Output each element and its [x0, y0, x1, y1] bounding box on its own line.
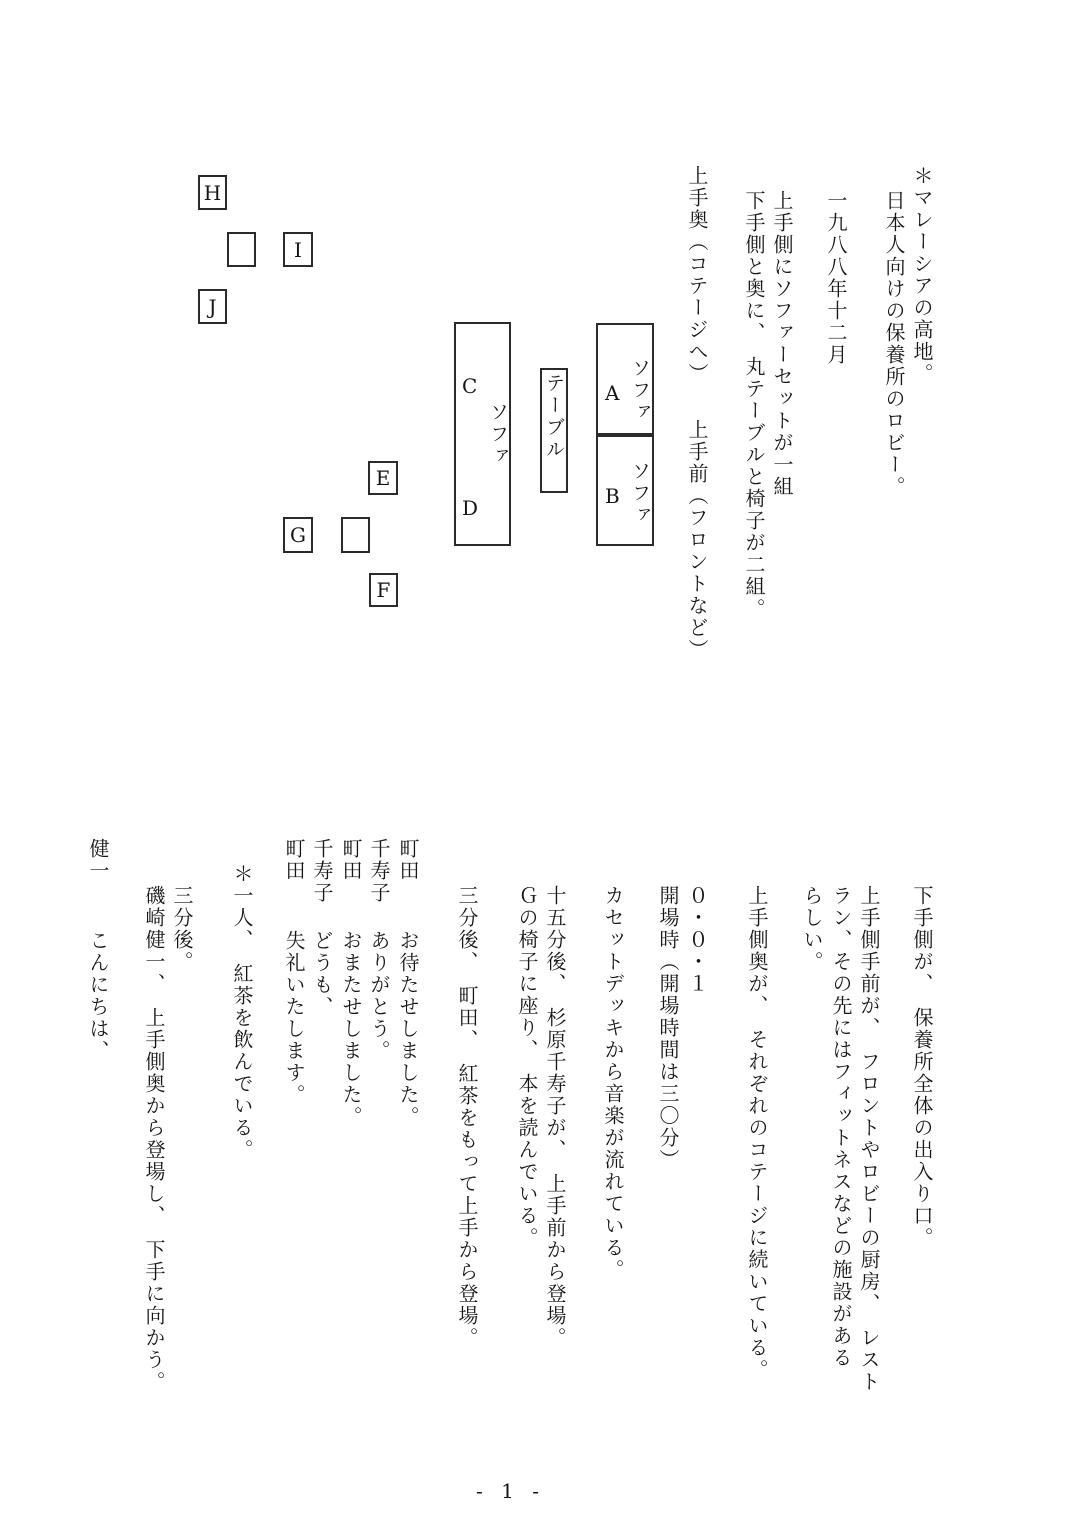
- dialogue-line: どうも、: [312, 930, 332, 1018]
- chair-g: G: [283, 517, 313, 553]
- coffee-table-label: テーブル: [544, 373, 563, 461]
- chair-h-label: H: [204, 183, 221, 203]
- stage-note-line: 一九八八年十二月: [826, 190, 846, 366]
- stage-direction: 三分後。: [172, 885, 192, 973]
- speaker-name: 町田: [341, 838, 361, 882]
- chair-j-label: J: [208, 297, 216, 317]
- stage-note-line: 上手側にソファーセットが一組: [772, 190, 792, 498]
- stage-direction: 下手側が、 保養所全体の出入り口。: [912, 885, 932, 1249]
- stage-direction: Ｇの椅子に座り、 本を読んでいる。: [517, 885, 537, 1249]
- sofa-seat-c-label: C: [462, 376, 477, 396]
- stage-direction: ＊一人、 紅茶を飲んでいる。: [232, 863, 252, 1161]
- coffee-table: テーブル: [540, 368, 568, 493]
- stage-direction: 三分後、 町田、 紅茶をもって上手から登場。: [457, 885, 477, 1349]
- stage-note-line: ＊マレーシアの高地。: [912, 165, 932, 385]
- sofa-a: A ソファ: [596, 323, 654, 435]
- chair-f-label: F: [377, 580, 391, 600]
- stage-direction: カセットデッキから音楽が流れている。: [603, 885, 623, 1281]
- stage-direction: 開場時（開場時間は三〇分）: [658, 885, 678, 1171]
- dialogue-line: おまたせしました。: [341, 930, 361, 1128]
- sofa-cd: C ソファ D: [454, 322, 511, 546]
- dialogue-line: お待たせしました。: [398, 930, 418, 1128]
- speaker-name: 町田: [398, 838, 418, 882]
- speaker-name: 千寿子: [312, 838, 332, 904]
- dialogue-line: 失礼いたします。: [284, 930, 304, 1106]
- stage-direction: 上手側手前が、 フロントやロビーの厨房、 レスト: [859, 885, 879, 1393]
- sofa-seat-d-label: D: [462, 498, 478, 518]
- speaker-name: 町田: [284, 838, 304, 882]
- chair-e: E: [368, 461, 398, 495]
- sofa-b: B ソファ: [596, 435, 654, 546]
- chair-i-label: I: [294, 240, 302, 260]
- speaker-name: 千寿子: [369, 838, 389, 904]
- sofa-seat-b-label: B: [605, 486, 620, 506]
- chair-g-label: G: [290, 525, 306, 545]
- chair-e-label: E: [376, 468, 391, 488]
- chair-i: I: [283, 232, 313, 267]
- round-table-lower: [341, 517, 370, 553]
- stage-direction-labels: 上手奥（コテージへ） 上手前（フロントなど）: [687, 165, 707, 661]
- scene-number: ０・０・１: [687, 885, 707, 995]
- stage-direction: ラン、その先にはフィットネスなどの施設がある: [831, 885, 851, 1369]
- chair-h: H: [198, 175, 227, 210]
- round-table-upper: [227, 232, 256, 267]
- script-page: ＊マレーシアの高地。 日本人向けの保養所のロビー。 一九八八年十二月 上手側にソ…: [0, 0, 1079, 1529]
- chair-f: F: [369, 573, 398, 607]
- sofa-seat-a-label: A: [605, 383, 619, 403]
- speaker-name: 健一: [88, 838, 108, 882]
- sofa-a-label: ソファ: [630, 358, 649, 424]
- dialogue-line: ありがとう。: [369, 930, 389, 1062]
- stage-note-line: 下手側と奥に、 丸テーブルと椅子が二組。: [744, 190, 764, 620]
- stage-direction: 十五分後、 杉原千寿子が、 上手前から登場。: [545, 885, 565, 1349]
- dialogue-line: こんにちは、: [88, 930, 108, 1062]
- stage-direction: らしい。: [802, 885, 822, 973]
- stage-direction: 上手側奥が、 それぞれのコテージに続いている。: [747, 885, 767, 1381]
- stage-note-line: 日本人向けの保養所のロビー。: [884, 190, 904, 498]
- chair-j: J: [198, 289, 227, 324]
- page-number: - 1 -: [476, 1479, 545, 1503]
- sofa-b-label: ソファ: [630, 461, 649, 527]
- stage-direction: 磯崎健一、 上手側奥から登場し、 下手に向かう。: [144, 885, 164, 1393]
- sofa-cd-label: ソファ: [488, 402, 507, 468]
